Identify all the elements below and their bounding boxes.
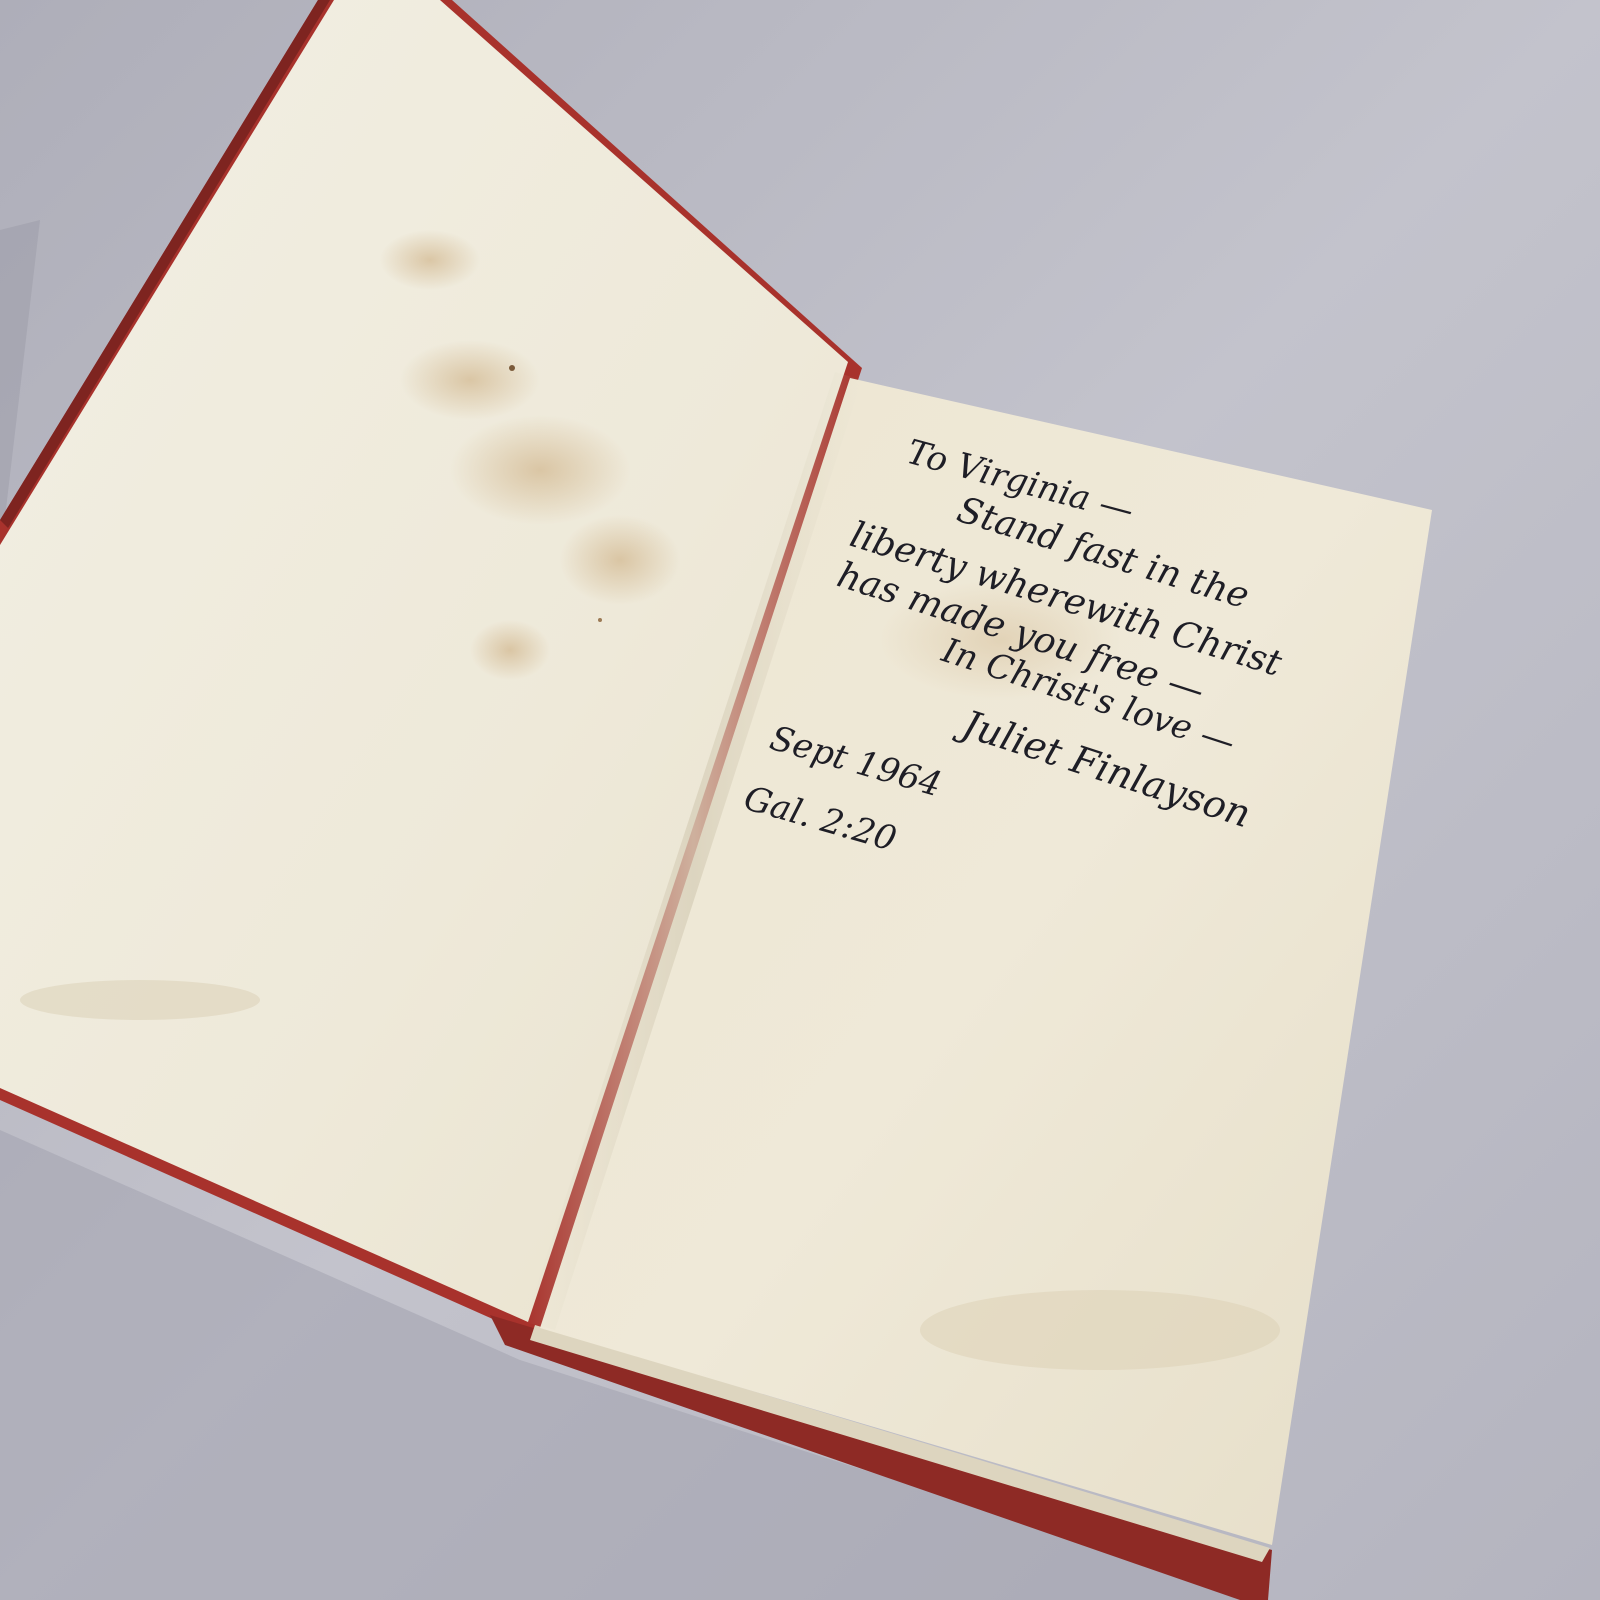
book-illustration: To Virginia — Stand fast in the liberty … — [0, 0, 1600, 1600]
photo-scene: To Virginia — Stand fast in the liberty … — [0, 0, 1600, 1600]
